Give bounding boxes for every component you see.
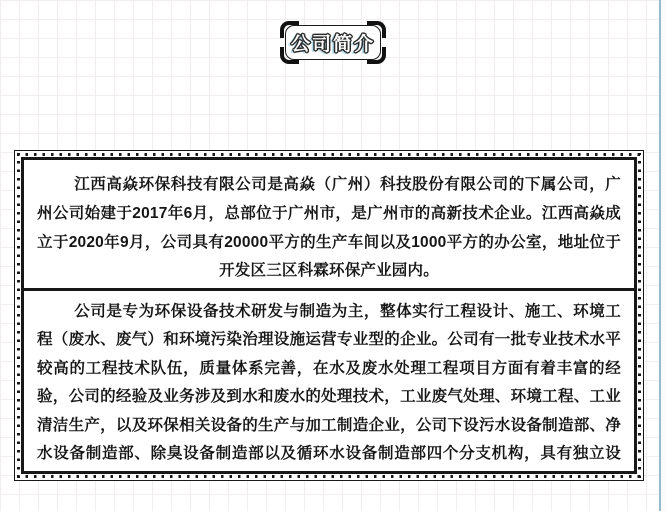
inner-frame: 江西高焱环保科技有限公司是高焱（广州）科技股份有限公司的下属公司，广州公司始建于… xyxy=(21,157,637,474)
dotted-border-left xyxy=(17,153,20,478)
page-title: 公司简介 xyxy=(280,21,386,64)
business-section: 公司是专为环保设备技术研发与制造为主，整体实行工程设计、施工、环境工程（废水、废… xyxy=(24,291,634,471)
title-badge: 公司简介 xyxy=(280,21,386,64)
intro-section: 江西高焱环保科技有限公司是高焱（广州）科技股份有限公司的下属公司，广州公司始建于… xyxy=(24,160,634,291)
slide-page: { "badge": { "label": "公司简介" }, "paragra… xyxy=(0,0,666,511)
intro-paragraph: 江西高焱环保科技有限公司是高焱（广州）科技股份有限公司的下属公司，广州公司始建于… xyxy=(37,171,621,286)
business-paragraph: 公司是专为环保设备技术研发与制造为主，整体实行工程设计、施工、环境工程（废水、废… xyxy=(37,298,621,471)
dotted-border-bottom xyxy=(17,475,641,478)
dotted-border-right xyxy=(638,153,641,478)
dotted-border-top xyxy=(17,153,641,156)
window-right-edge xyxy=(659,0,666,511)
company-intro-box: 江西高焱环保科技有限公司是高焱（广州）科技股份有限公司的下属公司，广州公司始建于… xyxy=(14,150,644,481)
